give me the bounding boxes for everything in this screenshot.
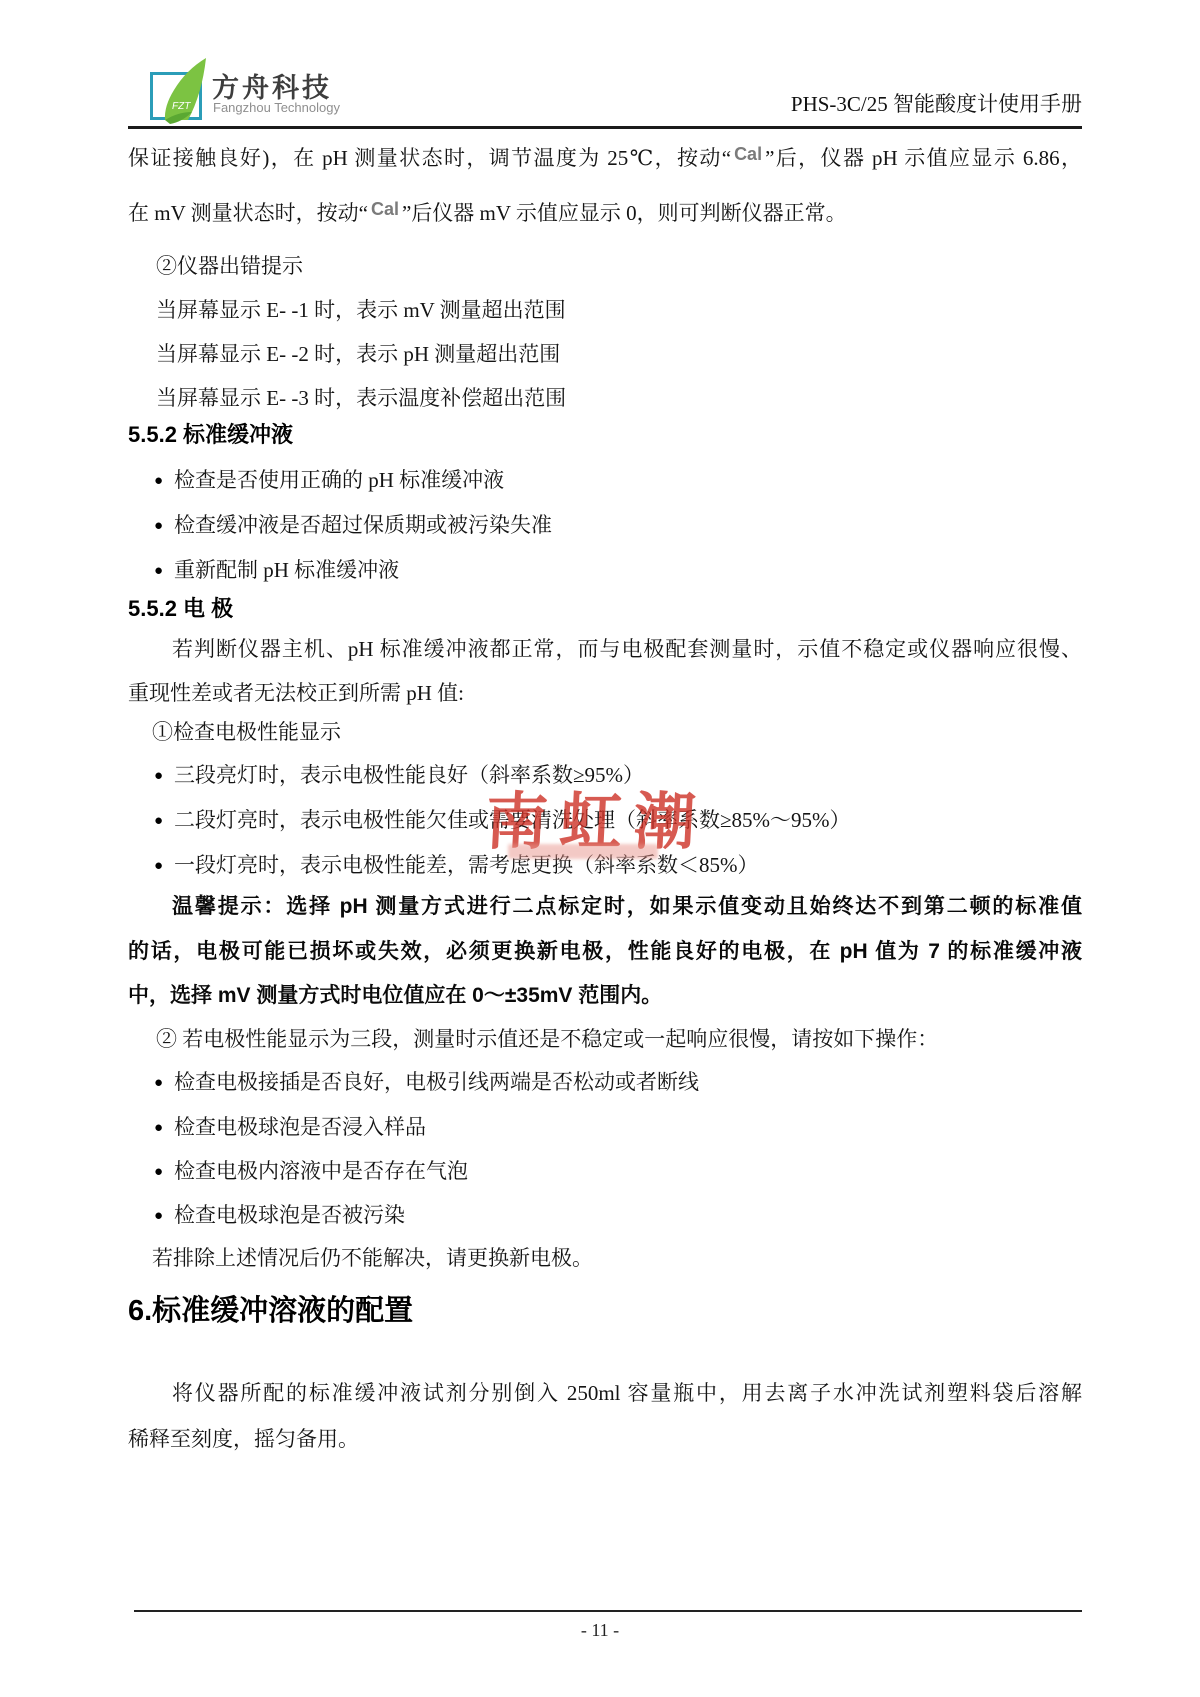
- paragraph-line: 重现性差或者无法校正到所需 pH 值:: [128, 678, 1082, 708]
- heading-electrode: 5.5.2 电 极: [128, 594, 1082, 624]
- conclusion-line: 若排除上述情况后仍不能解决，请更换新电极。: [128, 1243, 1082, 1273]
- paragraph-line: 若判断仪器主机、pH 标准缓冲液都正常，而与电极配套测量时，示值不稳定或仪器响应…: [128, 634, 1082, 664]
- paragraph-line: 在 mV 测量状态时，按动“Cal”后仪器 mV 示值应显示 0，则可判断仪器正…: [128, 198, 1082, 229]
- warm-tip-line: 中，选择 mV 测量方式时电位值应在 0～±35mV 范围内。: [128, 981, 1082, 1011]
- list-item-text: 重新配制 pH 标准缓冲液: [174, 558, 399, 582]
- bullet-icon: ●: [154, 1157, 163, 1187]
- heading-section-6: 6.标准缓冲溶液的配置: [128, 1296, 1082, 1326]
- page-number: - 11 -: [0, 1620, 1200, 1641]
- list-item-text: 检查电极内溶液中是否存在气泡: [174, 1159, 468, 1183]
- list-item: ●三段亮灯时，表示电极性能良好（斜率系数≥95%）: [128, 760, 1082, 790]
- brand-name-en: Fangzhou Technology: [213, 100, 340, 115]
- list-item: ●检查电极球泡是否浸入样品: [128, 1112, 1082, 1142]
- list-item: ●检查电极内溶液中是否存在气泡: [128, 1156, 1082, 1186]
- bullet-icon: ●: [154, 511, 163, 541]
- list-item: ●检查电极球泡是否被污染: [128, 1200, 1082, 1230]
- list-item: ●二段灯亮时，表示电极性能欠佳或需要清洗处理（斜率系数≥85%～95%）: [128, 805, 1082, 835]
- check-performance-title: ①检查电极性能显示: [128, 717, 1082, 747]
- paragraph-line: 稀释至刻度，摇匀备用。: [128, 1424, 1082, 1454]
- footer-divider: [134, 1610, 1082, 1612]
- bullet-icon: ●: [154, 851, 163, 881]
- list-item-text: 检查电极球泡是否被污染: [174, 1203, 405, 1227]
- warm-tip-line: 的话，电极可能已损坏或失效，必须更换新电极，性能良好的电极，在 pH 值为 7 …: [128, 937, 1082, 967]
- bullet-icon: ●: [154, 556, 163, 586]
- manual-page: FZT 方舟科技 Fangzhou Technology PHS-3C/25 智…: [0, 0, 1200, 1697]
- list-item-text: 一段灯亮时，表示电极性能差，需考虑更换（斜率系数＜85%）: [174, 853, 759, 877]
- list-item-text: 检查电极球泡是否浸入样品: [174, 1115, 426, 1139]
- bullet-icon: ●: [154, 1113, 163, 1143]
- text-segment: ”后，仪器 pH 示值应显示 6.86，: [765, 146, 1082, 170]
- heading-buffer-solution: 5.5.2 标准缓冲液: [128, 420, 1082, 450]
- list-item: ●检查是否使用正确的 pH 标准缓冲液: [128, 465, 1082, 495]
- document-title: PHS-3C/25 智能酸度计使用手册: [791, 88, 1082, 118]
- list-item-text: 二段灯亮时，表示电极性能欠佳或需要清洗处理（斜率系数≥85%～95%）: [174, 808, 851, 832]
- text-segment: 保证接触良好)，在 pH 测量状态时，调节温度为 25℃，按动“: [128, 146, 731, 170]
- error-line-1: 当屏幕显示 E- -1 时，表示 mV 测量超出范围: [128, 295, 1082, 325]
- cal-key-label: Cal: [731, 144, 765, 164]
- list-item-text: 检查电极接插是否良好，电极引线两端是否松动或者断线: [174, 1070, 699, 1094]
- bullet-icon: ●: [154, 1201, 163, 1231]
- list-item: ●重新配制 pH 标准缓冲液: [128, 555, 1082, 585]
- bullet-icon: ●: [154, 466, 163, 496]
- sail-leaf-icon: FZT: [148, 56, 220, 130]
- list-item: ●检查缓冲液是否超过保质期或被污染失准: [128, 510, 1082, 540]
- text-segment: ”后仪器 mV 示值应显示 0，则可判断仪器正常。: [402, 201, 847, 225]
- list-item: ●一段灯亮时，表示电极性能差，需考虑更换（斜率系数＜85%）: [128, 850, 1082, 880]
- bullet-icon: ●: [154, 806, 163, 836]
- list-item-text: 检查是否使用正确的 pH 标准缓冲液: [174, 468, 504, 492]
- text-segment: 在 mV 测量状态时，按动“: [128, 201, 368, 225]
- error-tips-title: ②仪器出错提示: [128, 251, 1082, 281]
- list-item-text: 检查缓冲液是否超过保质期或被污染失准: [174, 513, 552, 537]
- list-item: ●检查电极接插是否良好，电极引线两端是否松动或者断线: [128, 1067, 1082, 1097]
- step2-line: ② 若电极性能显示为三段，测量时示值还是不稳定或一起响应很慢，请按如下操作：: [128, 1024, 1082, 1054]
- logo-badge-text: FZT: [172, 101, 191, 112]
- company-logo: FZT 方舟科技 Fangzhou Technology: [148, 56, 328, 128]
- warm-tip-line: 温馨提示：选择 pH 测量方式进行二点标定时，如果示值变动且始终达不到第二顿的标…: [128, 892, 1082, 922]
- header-divider: [128, 126, 1082, 129]
- bullet-icon: ●: [154, 761, 163, 791]
- cal-key-label: Cal: [368, 199, 402, 219]
- list-item-text: 三段亮灯时，表示电极性能良好（斜率系数≥95%）: [174, 763, 644, 787]
- error-line-2: 当屏幕显示 E- -2 时，表示 pH 测量超出范围: [128, 339, 1082, 369]
- paragraph-line: 保证接触良好)，在 pH 测量状态时，调节温度为 25℃，按动“Cal”后，仪器…: [128, 143, 1082, 174]
- bullet-icon: ●: [154, 1068, 163, 1098]
- error-line-3: 当屏幕显示 E- -3 时，表示温度补偿超出范围: [128, 383, 1082, 413]
- paragraph-line: 将仪器所配的标准缓冲液试剂分别倒入 250ml 容量瓶中，用去离子水冲洗试剂塑料…: [128, 1378, 1082, 1408]
